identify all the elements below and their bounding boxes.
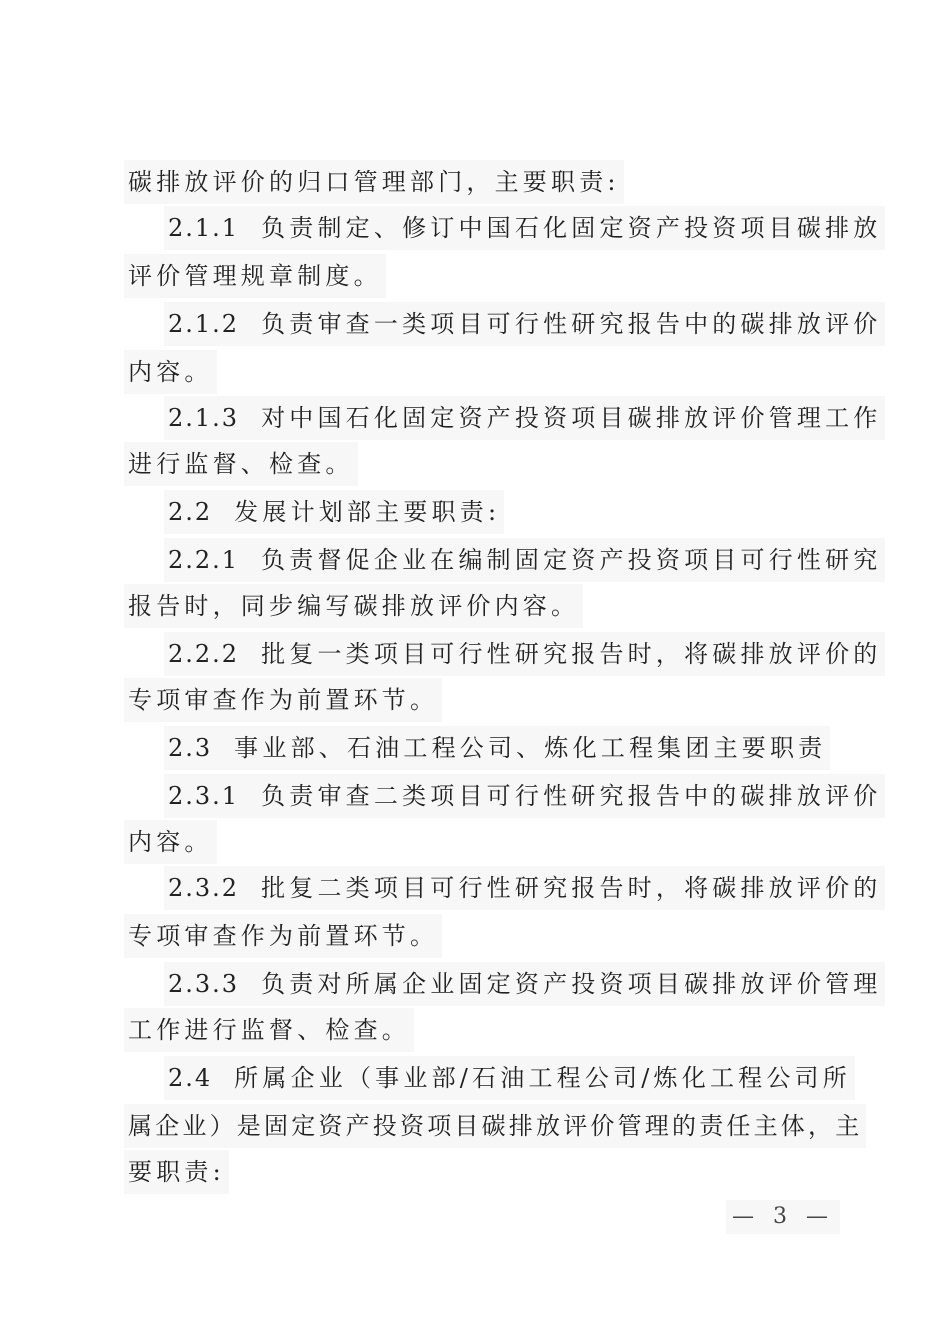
line-text: 所属企业（事业部/石油工程公司/炼化工程公司所: [234, 1064, 851, 1092]
section-number: 2.4: [168, 1064, 212, 1092]
line-text: 工作进行监督、检查。: [128, 1016, 410, 1044]
clause-2-1-2: 2.1.2负责审查一类项目可行性研究报告中的碳排放评价: [164, 302, 885, 346]
clause-2-2-1: 2.2.1负责督促企业在编制固定资产投资项目可行性研究: [164, 538, 885, 582]
clause-2-3-2: 2.3.2批复二类项目可行性研究报告时，将碳排放评价的: [164, 866, 885, 910]
text-line: 专项审查作为前置环节。: [124, 914, 442, 958]
clause-number: 2.2.2: [168, 640, 239, 668]
page-number: — 3 —: [726, 1200, 840, 1234]
clause-number: 2.3.2: [168, 874, 239, 902]
line-text: 批复二类项目可行性研究报告时，将碳排放评价的: [261, 874, 881, 902]
line-text: 负责对所属企业固定资产投资项目碳排放评价管理: [261, 970, 881, 998]
line-text: 碳排放评价的归口管理部门，主要职责:: [128, 168, 620, 196]
clause-number: 2.1.1: [168, 214, 239, 242]
line-text: 专项审查作为前置环节。: [128, 686, 438, 714]
section-number: 2.3: [168, 734, 212, 762]
line-text: 发展计划部主要职责:: [234, 498, 500, 526]
clause-number: 2.3.3: [168, 970, 239, 998]
text-line: 工作进行监督、检查。: [124, 1008, 414, 1052]
text-line: 碳排放评价的归口管理部门，主要职责:: [124, 160, 624, 204]
line-text: 内容。: [128, 358, 213, 386]
text-line: 内容。: [124, 820, 217, 864]
clause-number: 2.1.3: [168, 404, 239, 432]
clause-2-1-1: 2.1.1负责制定、修订中国石化固定资产投资项目碳排放: [164, 206, 885, 250]
section-number: 2.2: [168, 498, 212, 526]
clause-2-3-1: 2.3.1负责审查二类项目可行性研究报告中的碳排放评价: [164, 774, 885, 818]
text-line: 属企业）是固定资产投资项目碳排放评价管理的责任主体，主: [124, 1104, 866, 1148]
section-2-2: 2.2发展计划部主要职责:: [164, 490, 504, 534]
line-text: 评价管理规章制度。: [128, 262, 382, 290]
line-text: 要职责:: [128, 1158, 225, 1186]
section-2-4: 2.4所属企业（事业部/石油工程公司/炼化工程公司所: [164, 1056, 855, 1100]
clause-2-1-3: 2.1.3对中国石化固定资产投资项目碳排放评价管理工作: [164, 396, 885, 440]
document-page: 碳排放评价的归口管理部门，主要职责: 2.1.1负责制定、修订中国石化固定资产投…: [0, 0, 950, 1344]
line-text: 负责审查一类项目可行性研究报告中的碳排放评价: [261, 310, 881, 338]
line-text: 负责审查二类项目可行性研究报告中的碳排放评价: [261, 782, 881, 810]
clause-number: 2.3.1: [168, 782, 239, 810]
clause-2-3-3: 2.3.3负责对所属企业固定资产投资项目碳排放评价管理: [164, 962, 885, 1006]
line-text: 对中国石化固定资产投资项目碳排放评价管理工作: [261, 404, 881, 432]
line-text: 批复一类项目可行性研究报告时，将碳排放评价的: [261, 640, 881, 668]
line-text: 内容。: [128, 828, 213, 856]
text-line: 评价管理规章制度。: [124, 254, 386, 298]
section-2-3: 2.3事业部、石油工程公司、炼化工程集团主要职责: [164, 726, 830, 770]
text-line: 报告时，同步编写碳排放评价内容。: [124, 584, 583, 628]
line-text: 进行监督、检查。: [128, 450, 354, 478]
line-text: 属企业）是固定资产投资项目碳排放评价管理的责任主体，主: [128, 1112, 862, 1140]
clause-number: 2.2.1: [168, 546, 239, 574]
line-text: 报告时，同步编写碳排放评价内容。: [128, 592, 579, 620]
line-text: 事业部、石油工程公司、炼化工程集团主要职责: [234, 734, 826, 762]
line-text: 负责督促企业在编制固定资产投资项目可行性研究: [261, 546, 881, 574]
text-line: 进行监督、检查。: [124, 442, 358, 486]
clause-number: 2.1.2: [168, 310, 239, 338]
text-line: 要职责:: [124, 1150, 229, 1194]
text-line: 内容。: [124, 350, 217, 394]
clause-2-2-2: 2.2.2批复一类项目可行性研究报告时，将碳排放评价的: [164, 632, 885, 676]
line-text: 专项审查作为前置环节。: [128, 922, 438, 950]
text-line: 专项审查作为前置环节。: [124, 678, 442, 722]
line-text: 负责制定、修订中国石化固定资产投资项目碳排放: [261, 214, 881, 242]
